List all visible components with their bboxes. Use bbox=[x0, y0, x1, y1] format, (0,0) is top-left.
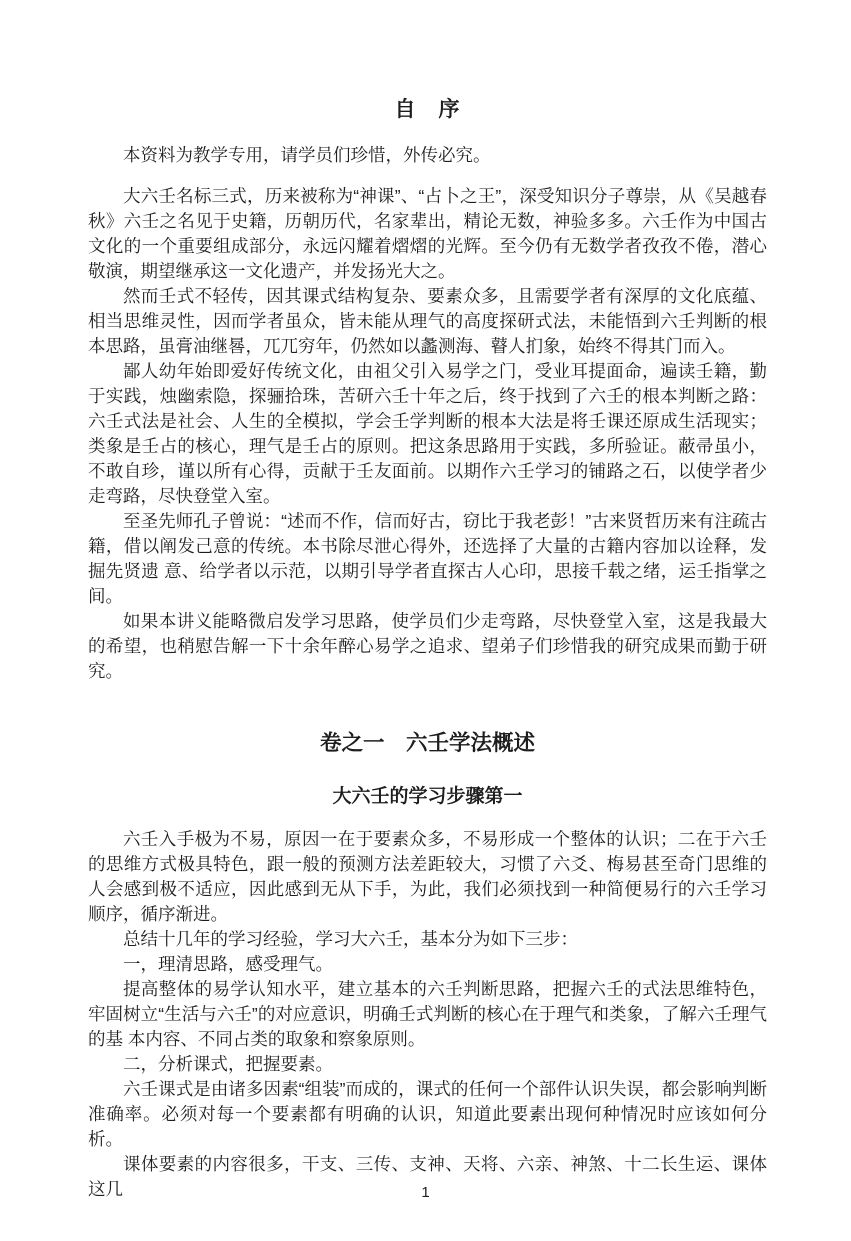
doc-title: 自 序 bbox=[88, 0, 767, 123]
document-page: 自 序 本资料为教学专用，请学员们珍惜，外传必究。 大六壬名标三式，历来被称为“… bbox=[0, 0, 851, 1241]
page-number: 1 bbox=[0, 1184, 851, 1201]
body-paragraph: 六壬入手极为不易，原因一在于要素众多，不易形成一个整体的认识；二在于六壬的思维方… bbox=[88, 827, 767, 927]
chapter-heading: 卷之一 六壬学法概述 bbox=[88, 730, 767, 756]
body-paragraph: 二，分析课式，把握要素。 bbox=[88, 1052, 767, 1077]
body-paragraph: 六壬课式是由诸多因素“组装”而成的，课式的任何一个部件认识失误，都会影响判断 准… bbox=[88, 1077, 767, 1152]
section-heading: 大六壬的学习步骤第一 bbox=[88, 785, 767, 809]
preface-paragraph: 如果本讲义能略微启发学习思路，使学员们少走弯路，尽快登堂入室，这是我最大的希望，… bbox=[88, 609, 767, 684]
preface-paragraph: 大六壬名标三式，历来被称为“神课”、“占卜之王”，深受知识分子尊崇，从《吴越春 … bbox=[88, 184, 767, 284]
body-paragraph: 一，理清思路，感受理气。 bbox=[88, 952, 767, 977]
preface-paragraph: 至圣先师孔子曾说：“述而不作，信而好古，窃比于我老彭！”古来贤哲历来有注疏古籍，… bbox=[88, 509, 767, 609]
preface-paragraph: 鄙人幼年始即爱好传统文化，由祖父引入易学之门，受业耳提面命，遍读壬籍，勤于实践，… bbox=[88, 359, 767, 509]
body-paragraph: 提高整体的易学认知水平，建立基本的六壬判断思路，把握六壬的式法思维特色，牢固树立… bbox=[88, 977, 767, 1052]
page-content: 自 序 本资料为教学专用，请学员们珍惜，外传必究。 大六壬名标三式，历来被称为“… bbox=[0, 0, 851, 1202]
body-paragraph: 总结十几年的学习经验，学习大六壬，基本分为如下三步： bbox=[88, 927, 767, 952]
preface-paragraph: 然而壬式不轻传，因其课式结构复杂、要素众多，且需要学者有深厚的文化底蕴、相当思维… bbox=[88, 284, 767, 359]
preface-paragraph: 本资料为教学专用，请学员们珍惜，外传必究。 bbox=[88, 143, 767, 168]
